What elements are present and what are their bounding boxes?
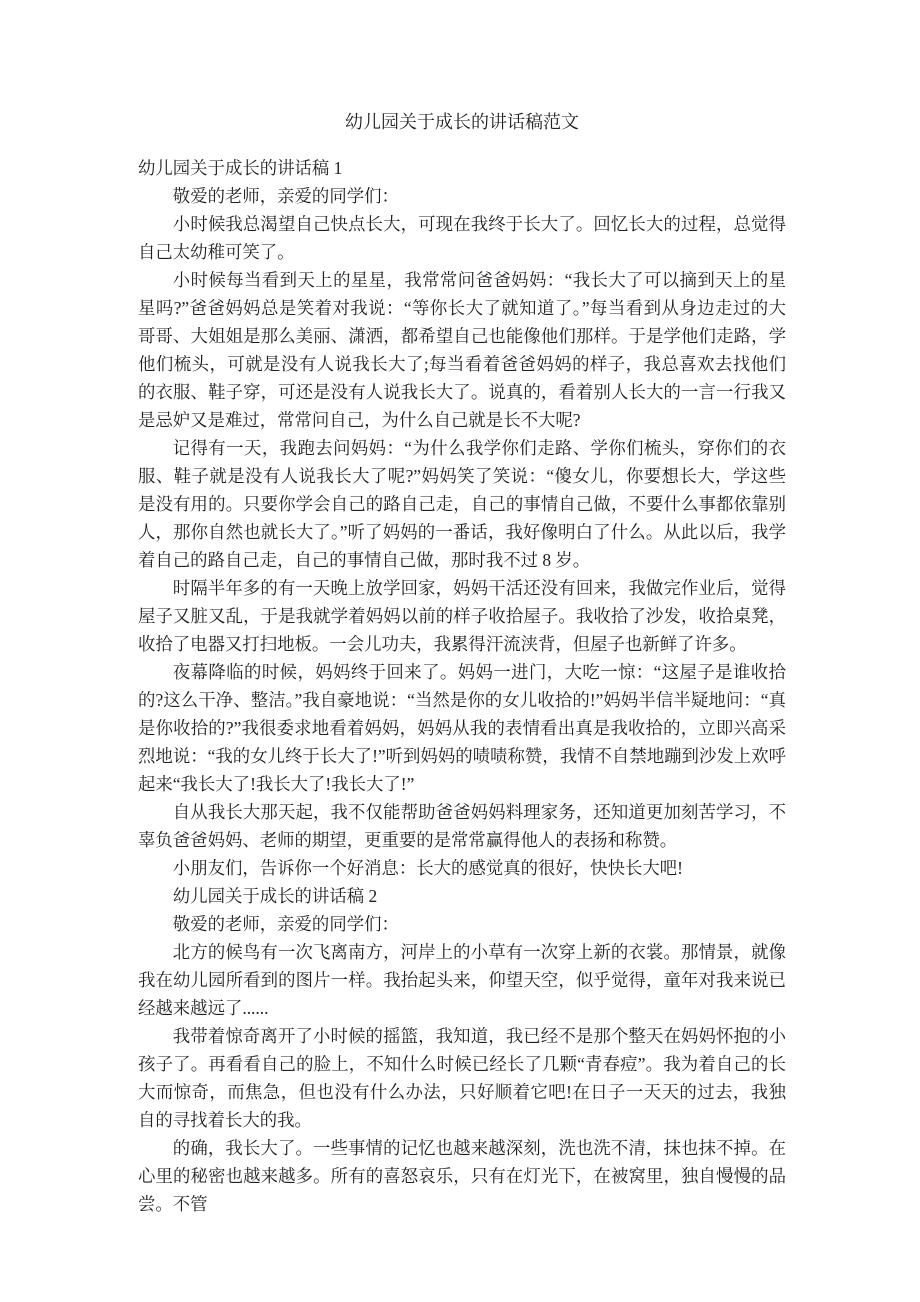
paragraph: 的确，我长大了。一些事情的记忆也越来越深刻，洗也洗不清，抹也抹不掉。在心里的秘密…: [138, 1134, 786, 1218]
paragraph: 敬爱的老师，亲爱的同学们：: [138, 182, 786, 210]
paragraph: 记得有一天，我跑去问妈妈：“为什么我学你们走路、学你们梳头，穿你们的衣服、鞋子就…: [138, 434, 786, 574]
document-body: 幼儿园关于成长的讲话稿范文 幼儿园关于成长的讲话稿 1敬爱的老师，亲爱的同学们：…: [138, 108, 786, 1218]
paragraph-list: 幼儿园关于成长的讲话稿 1敬爱的老师，亲爱的同学们：小时候我总渴望自己快点长大，…: [138, 154, 786, 1218]
paragraph: 幼儿园关于成长的讲话稿 2: [138, 882, 786, 910]
paragraph: 时隔半年多的有一天晚上放学回家，妈妈干活还没有回来，我做完作业后，觉得屋子又脏又…: [138, 574, 786, 658]
document-title: 幼儿园关于成长的讲话稿范文: [138, 108, 786, 136]
paragraph: 我带着惊奇离开了小时候的摇篮，我知道，我已经不是那个整天在妈妈怀抱的小孩子了。再…: [138, 1022, 786, 1134]
paragraph: 自从我长大那天起，我不仅能帮助爸爸妈妈料理家务，还知道更加刻苦学习，不辜负爸爸妈…: [138, 798, 786, 854]
paragraph: 小朋友们，告诉你一个好消息：长大的感觉真的很好，快快长大吧!: [138, 854, 786, 882]
paragraph: 幼儿园关于成长的讲话稿 1: [138, 154, 786, 182]
paragraph: 北方的候鸟有一次飞离南方，河岸上的小草有一次穿上新的衣裳。那情景，就像我在幼儿园…: [138, 938, 786, 1022]
paragraph: 小时候每当看到天上的星星，我常常问爸爸妈妈：“我长大了可以摘到天上的星星吗?”爸…: [138, 266, 786, 434]
paragraph: 小时候我总渴望自己快点长大，可现在我终于长大了。回忆长大的过程，总觉得自己太幼稚…: [138, 210, 786, 266]
paragraph: 敬爱的老师，亲爱的同学们：: [138, 910, 786, 938]
paragraph: 夜幕降临的时候，妈妈终于回来了。妈妈一进门，大吃一惊：“这屋子是谁收拾的?这么干…: [138, 658, 786, 798]
document-page: 幼儿园关于成长的讲话稿范文 幼儿园关于成长的讲话稿 1敬爱的老师，亲爱的同学们：…: [0, 0, 920, 1302]
